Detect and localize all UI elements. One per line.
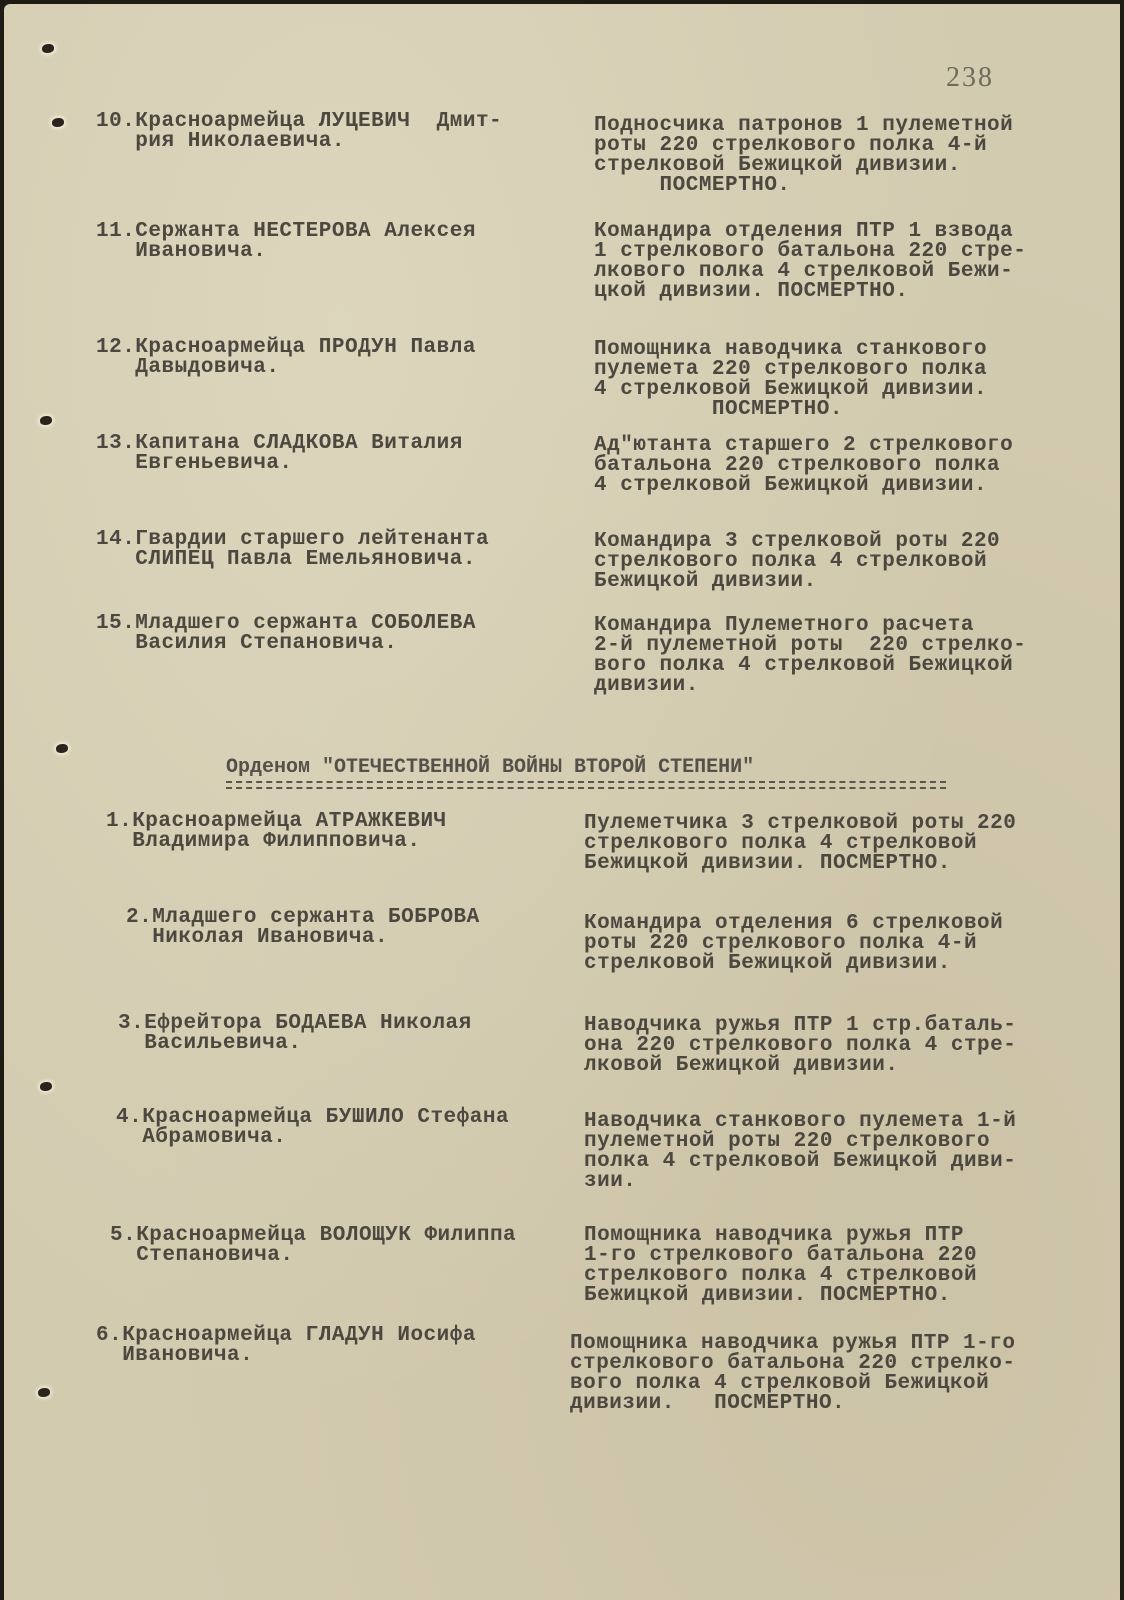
- awardee-name: 3.Ефрейтора БОДАЕВА Николая Васильевича.: [118, 1014, 588, 1054]
- name-line: 14.Гвардии старшего лейтенанта: [96, 530, 566, 550]
- position-line: Наводчика ружья ПТР 1 стр.баталь-: [584, 1016, 1084, 1036]
- position-line: Бежицкой дивизии. ПОСМЕРТНО.: [584, 854, 1084, 874]
- awardee-name: 11.Сержанта НЕСТЕРОВА Алексея Ивановича.: [96, 222, 566, 262]
- name-line: Васильевича.: [118, 1034, 588, 1054]
- position-line: батальона 220 стрелкового полка: [594, 456, 1094, 476]
- awardee-position: Подносчика патронов 1 пулеметнойроты 220…: [594, 116, 1094, 196]
- name-line: Давыдовича.: [96, 358, 566, 378]
- name-line: Степановича.: [110, 1246, 580, 1266]
- punch-hole: [38, 1388, 50, 1397]
- name-line: Евгеньевича.: [96, 454, 566, 474]
- position-line: пулемета 220 стрелкового полка: [594, 360, 1094, 380]
- name-line: 3.Ефрейтора БОДАЕВА Николая: [118, 1014, 588, 1034]
- position-line: Командира 3 стрелковой роты 220: [594, 532, 1094, 552]
- position-line: ПОСМЕРТНО.: [594, 176, 1094, 196]
- position-line: Помощника наводчика ружья ПТР: [584, 1226, 1084, 1246]
- position-line: зии.: [584, 1172, 1084, 1192]
- awardee-position: Наводчика станкового пулемета 1-йпулемет…: [584, 1112, 1084, 1192]
- position-line: Ад"ютанта старшего 2 стрелкового: [594, 436, 1094, 456]
- name-line: 4.Красноармейца БУШИЛО Стефана: [116, 1108, 586, 1128]
- punch-hole: [40, 416, 52, 425]
- awardee-position: Наводчика ружья ПТР 1 стр.баталь-она 220…: [584, 1016, 1084, 1076]
- position-line: ПОСМЕРТНО.: [594, 400, 1094, 420]
- name-line: рия Николаевича.: [96, 132, 566, 152]
- awardee-name: 4.Красноармейца БУШИЛО Стефана Абрамович…: [116, 1108, 586, 1148]
- position-line: полка 4 стрелковой Бежицкой диви-: [584, 1152, 1084, 1172]
- awardee-name: 13.Капитана СЛАДКОВА Виталия Евгеньевича…: [96, 434, 566, 474]
- position-line: 1-го стрелкового батальона 220: [584, 1246, 1084, 1266]
- position-line: Командира отделения ПТР 1 взвода: [594, 222, 1094, 242]
- position-line: стрелкового батальона 220 стрелко-: [570, 1354, 1070, 1374]
- awardee-name: 15.Младшего сержанта СОБОЛЕВА Василия Ст…: [96, 614, 566, 654]
- awardee-position: Пулеметчика 3 стрелковой роты 220стрелко…: [584, 814, 1084, 874]
- position-line: Бежицкой дивизии. ПОСМЕРТНО.: [584, 1286, 1084, 1306]
- position-line: Помощника наводчика станкового: [594, 340, 1094, 360]
- name-line: Василия Степановича.: [96, 634, 566, 654]
- position-line: Бежицкой дивизии.: [594, 572, 1094, 592]
- position-line: цкой дивизии. ПОСМЕРТНО.: [594, 282, 1094, 302]
- position-line: лковой Бежицкой дивизии.: [584, 1056, 1084, 1076]
- awardee-position: Помощника наводчика ружья ПТР1-го стрелк…: [584, 1226, 1084, 1306]
- position-line: роты 220 стрелкового полка 4-й: [594, 136, 1094, 156]
- position-line: вого полка 4 стрелковой Бежицкой: [570, 1374, 1070, 1394]
- section-heading: Орденом "ОТЕЧЕСТВЕННОЙ ВОЙНЫ ВТОРОЙ СТЕП…: [226, 756, 946, 779]
- position-line: Подносчика патронов 1 пулеметной: [594, 116, 1094, 136]
- position-line: пулеметной роты 220 стрелкового: [584, 1132, 1084, 1152]
- position-line: она 220 стрелкового полка 4 стре-: [584, 1036, 1084, 1056]
- position-line: Командира отделения 6 стрелковой: [584, 914, 1084, 934]
- page-number: 238: [946, 62, 994, 94]
- punch-hole: [56, 744, 68, 753]
- position-line: лкового полка 4 стрелковой Бежи-: [594, 262, 1094, 282]
- position-line: роты 220 стрелкового полка 4-й: [584, 934, 1084, 954]
- name-line: 15.Младшего сержанта СОБОЛЕВА: [96, 614, 566, 634]
- position-line: стрелкового полка 4 стрелковой: [584, 1266, 1084, 1286]
- document-page: 238 10.Красноармейца ЛУЦЕВИЧ Дмит- рия Н…: [4, 4, 1120, 1600]
- position-line: стрелкового полка 4 стрелковой: [594, 552, 1094, 572]
- awardee-name: 1.Красноармейца АТРАЖКЕВИЧ Владимира Фил…: [106, 812, 576, 852]
- name-line: СЛИПЕЦ Павла Емельяновича.: [96, 550, 566, 570]
- punch-hole: [42, 44, 54, 53]
- position-line: стрелковой Бежицкой дивизии.: [584, 954, 1084, 974]
- awardee-name: 6.Красноармейца ГЛАДУН Иосифа Ивановича.: [96, 1326, 566, 1366]
- name-line: 1.Красноармейца АТРАЖКЕВИЧ: [106, 812, 576, 832]
- position-line: Командира Пулеметного расчета: [594, 616, 1094, 636]
- name-line: Абрамовича.: [116, 1128, 586, 1148]
- position-line: вого полка 4 стрелковой Бежицкой: [594, 656, 1094, 676]
- heading-underline: [226, 781, 946, 789]
- name-line: 13.Капитана СЛАДКОВА Виталия: [96, 434, 566, 454]
- awardee-position: Ад"ютанта старшего 2 стрелковогобатальон…: [594, 436, 1094, 496]
- name-line: Николая Ивановича.: [126, 928, 596, 948]
- awardee-name: 10.Красноармейца ЛУЦЕВИЧ Дмит- рия Никол…: [96, 112, 566, 152]
- position-line: стрелковой Бежицкой дивизии.: [594, 156, 1094, 176]
- position-line: 4 стрелковой Бежицкой дивизии.: [594, 380, 1094, 400]
- position-line: 2-й пулеметной роты 220 стрелко-: [594, 636, 1094, 656]
- name-line: Владимира Филипповича.: [106, 832, 576, 852]
- name-line: 11.Сержанта НЕСТЕРОВА Алексея: [96, 222, 566, 242]
- punch-hole: [52, 118, 64, 127]
- punch-hole: [40, 1082, 52, 1091]
- awardee-position: Помощника наводчика ружья ПТР 1-гострелк…: [570, 1334, 1070, 1414]
- name-line: 6.Красноармейца ГЛАДУН Иосифа: [96, 1326, 566, 1346]
- position-line: 1 стрелкового батальона 220 стре-: [594, 242, 1094, 262]
- position-line: стрелкового полка 4 стрелковой: [584, 834, 1084, 854]
- awardee-position: Командира Пулеметного расчета2-й пулемет…: [594, 616, 1094, 696]
- name-line: Ивановича.: [96, 242, 566, 262]
- name-line: 10.Красноармейца ЛУЦЕВИЧ Дмит-: [96, 112, 566, 132]
- awardee-position: Командира 3 стрелковой роты 220стрелково…: [594, 532, 1094, 592]
- position-line: Помощника наводчика ружья ПТР 1-го: [570, 1334, 1070, 1354]
- position-line: 4 стрелковой Бежицкой дивизии.: [594, 476, 1094, 496]
- name-line: 12.Красноармейца ПРОДУН Павла: [96, 338, 566, 358]
- name-line: 5.Красноармейца ВОЛОЩУК Филиппа: [110, 1226, 580, 1246]
- name-line: 2.Младшего сержанта БОБРОВА: [126, 908, 596, 928]
- position-line: дивизии.: [594, 676, 1094, 696]
- awardee-name: 12.Красноармейца ПРОДУН Павла Давыдовича…: [96, 338, 566, 378]
- awardee-name: 14.Гвардии старшего лейтенанта СЛИПЕЦ Па…: [96, 530, 566, 570]
- name-line: Ивановича.: [96, 1346, 566, 1366]
- awardee-name: 5.Красноармейца ВОЛОЩУК Филиппа Степанов…: [110, 1226, 580, 1266]
- awardee-position: Помощника наводчика станковогопулемета 2…: [594, 340, 1094, 420]
- position-line: дивизии. ПОСМЕРТНО.: [570, 1394, 1070, 1414]
- awardee-name: 2.Младшего сержанта БОБРОВА Николая Иван…: [126, 908, 596, 948]
- position-line: Пулеметчика 3 стрелковой роты 220: [584, 814, 1084, 834]
- position-line: Наводчика станкового пулемета 1-й: [584, 1112, 1084, 1132]
- awardee-position: Командира отделения ПТР 1 взвода1 стрелк…: [594, 222, 1094, 302]
- awardee-position: Командира отделения 6 стрелковойроты 220…: [584, 914, 1084, 974]
